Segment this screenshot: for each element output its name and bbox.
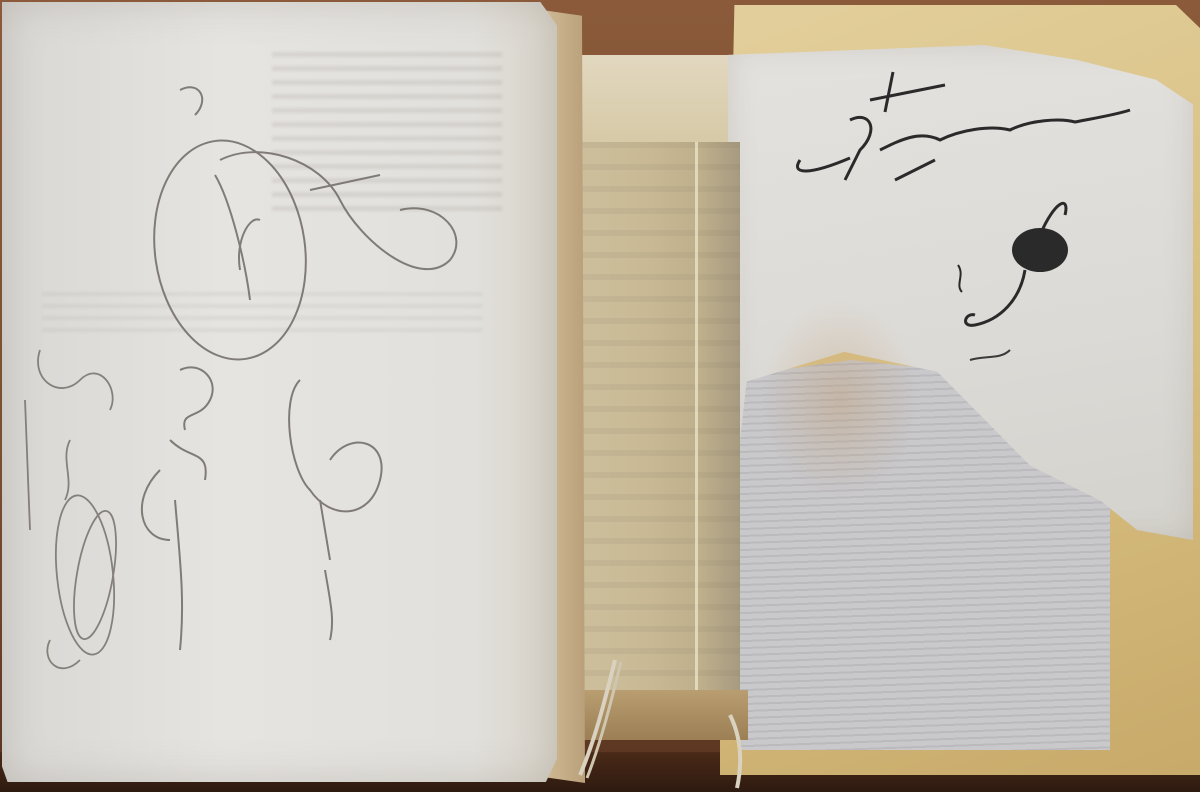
ghost-printed-text [272, 52, 502, 212]
spine-lining [580, 142, 740, 702]
string-ties-icon [565, 640, 765, 790]
left-flyleaf [2, 2, 557, 782]
water-stain [760, 300, 920, 500]
book-photo: Open antique book showing inside covers,… [0, 0, 1200, 792]
spine-top-band [578, 55, 728, 147]
ghost-printed-text [42, 292, 482, 332]
